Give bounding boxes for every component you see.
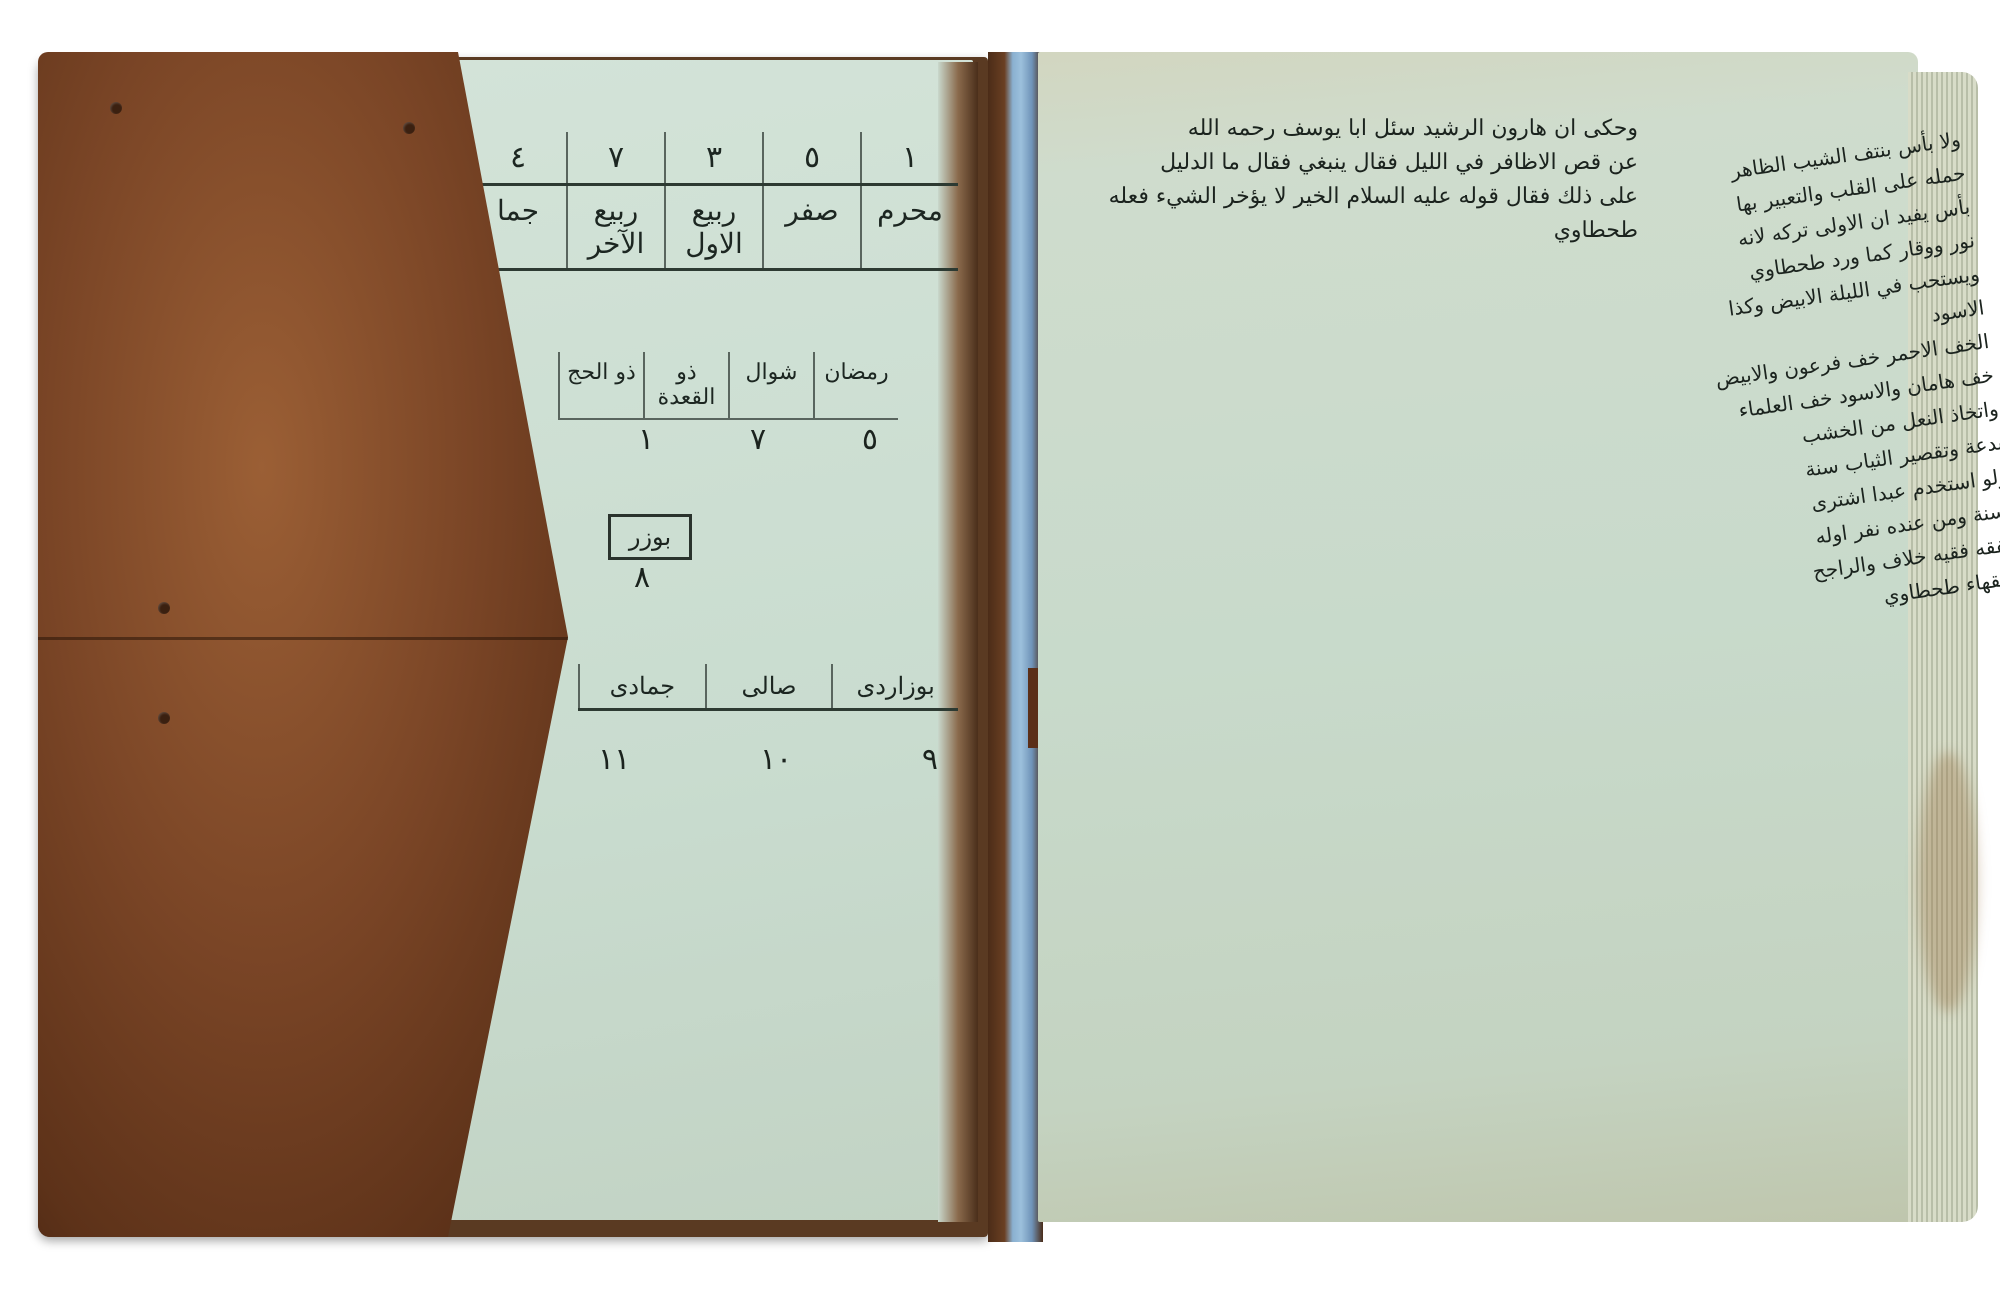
calendar-table-row1: ١ ٥ ٣ ٧ ٤ محرم صفر ربيع الاول ربيع الآخر… (468, 132, 958, 271)
calendar-number: ٥ (762, 132, 860, 183)
rivet-icon (110, 102, 122, 114)
calendar-month: محرم (860, 186, 958, 268)
calendar-number: ٤ (468, 132, 566, 183)
calendar-number: ١ (860, 132, 958, 183)
calendar-month: رمضان (813, 352, 898, 418)
boxed-label-number: ٨ (634, 560, 650, 595)
calendar-row2-numbers: ٥ ٧ ١ (638, 422, 878, 457)
calendar-month: صالى (705, 664, 832, 708)
rivet-icon (158, 602, 170, 614)
calendar-number: ٥ (862, 422, 878, 457)
calendar-number: ٧ (566, 132, 664, 183)
calendar-months-row: محرم صفر ربيع الاول ربيع الآخر جما (468, 186, 958, 271)
rivet-icon (403, 122, 415, 134)
stain (1918, 752, 1978, 1012)
calendar-month: ذو الحج (558, 352, 643, 418)
calendar-number: ١٠ (760, 742, 792, 777)
calendar-table-row3: بوزاردى صالى جمادى (578, 664, 958, 711)
calendar-number: ٧ (750, 422, 766, 457)
calendar-numbers-row: ١ ٥ ٣ ٧ ٤ (468, 132, 958, 186)
calendar-month: شوال (728, 352, 813, 418)
open-manuscript: ١ ٥ ٣ ٧ ٤ محرم صفر ربيع الاول ربيع الآخر… (38, 52, 1978, 1242)
rivet-icon (158, 712, 170, 724)
calendar-month: ربيع الآخر (566, 186, 664, 268)
flap-crease-line (38, 637, 568, 640)
text-line: وحكى ان هارون الرشيد سئل ابا يوسف رحمه ا… (1078, 112, 1638, 146)
calendar-number: ٩ (922, 742, 938, 777)
text-line: عن قص الاظافر في الليل فقال ينبغي فقال م… (1078, 146, 1638, 180)
text-line: على ذلك فقال قوله عليه السلام الخير لا ي… (1078, 180, 1638, 248)
calendar-month: جمادى (578, 664, 705, 708)
book-spine-blue-cloth (988, 52, 1043, 1242)
calendar-month: بوزاردى (831, 664, 958, 708)
boxed-label: بوزر (608, 514, 692, 560)
calendar-number: ١ (638, 422, 654, 457)
top-text-block: وحكى ان هارون الرشيد سئل ابا يوسف رحمه ا… (1078, 112, 1638, 248)
calendar-row3-numbers: ٩ ١٠ ١١ (598, 742, 938, 777)
calendar-table-row2: رمضان شوال ذو القعدة ذو الحج (558, 352, 898, 420)
calendar-month: صفر (762, 186, 860, 268)
calendar-month: ذو القعدة (643, 352, 728, 418)
calendar-month: ربيع الاول (664, 186, 762, 268)
calendar-number: ١١ (598, 742, 630, 777)
calendar-number: ٣ (664, 132, 762, 183)
